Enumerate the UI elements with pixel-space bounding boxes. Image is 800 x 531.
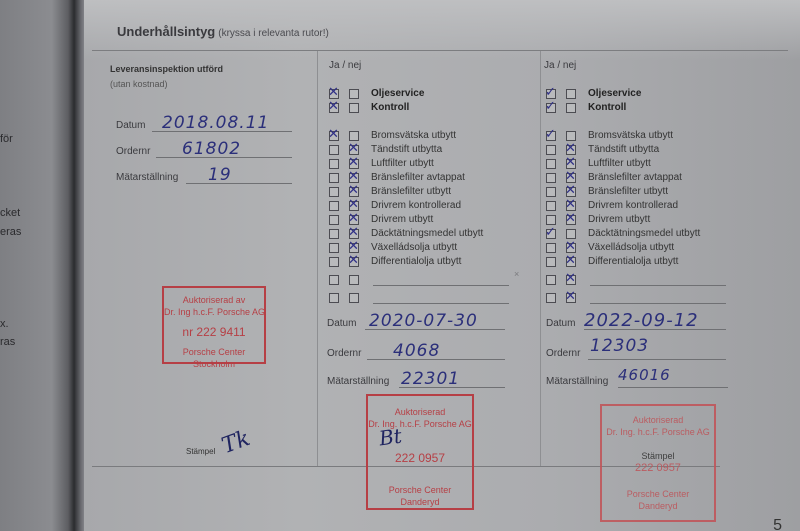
checklist-label: Bränslefilter avtappat [371,172,465,183]
checkbox-no[interactable] [566,229,576,239]
service1-date-field[interactable]: Datum 2020-07-30 [327,310,517,332]
checklist-label: Drivrem kontrollerad [371,200,461,211]
checklist-row: ✕Oljeservice [329,88,529,102]
page-subtitle: (kryssa i relevanta rutor!) [218,28,329,39]
checkbox-yes[interactable] [329,275,339,285]
checkbox-no[interactable] [349,275,359,285]
cross-mark-icon: ✕ [348,170,359,184]
checklist-row: ✕Drivrem utbytt [329,214,529,228]
cross-mark-icon: ✕ [328,128,339,142]
cross-mark-icon: ✕ [348,198,359,212]
checklist-row: ✓Bromsvätska utbytt [546,130,746,144]
checkbox-yes[interactable] [546,201,556,211]
checkbox-no[interactable]: ✕ [349,257,359,267]
service2-odometer-value: 46016 [618,366,671,384]
checkbox-yes[interactable]: ✓ [546,103,556,113]
checklist-row-blank: ✕ [546,292,746,306]
checklist-row: ✕Kontroll [329,102,529,116]
checkbox-yes[interactable]: ✓ [546,229,556,239]
service2-ordernr-field[interactable]: Ordernr 12303 [546,340,736,362]
page-title: Underhållsintyg(kryssa i relevanta rutor… [117,24,329,39]
cross-mark-icon: ✕ [348,184,359,198]
blank-entry-line[interactable] [590,285,726,286]
checkbox-no[interactable]: ✕ [566,145,576,155]
cross-mark-icon: ✕ [565,142,576,156]
checkbox-yes[interactable] [329,145,339,155]
divider [92,50,788,51]
checkbox-no[interactable]: ✕ [349,201,359,211]
checkbox-no[interactable] [349,89,359,99]
page-number: 5 [773,517,782,531]
checkbox-yes[interactable] [329,257,339,267]
checklist-row-blank [329,292,529,306]
cross-mark-icon: ✕ [565,156,576,170]
checklist-row: ✕Differentialolja utbytt [546,256,746,270]
checkbox-yes[interactable] [329,173,339,183]
prev-page-text: x. [0,318,9,330]
cross-mark-icon: ✕ [565,272,576,286]
signature: Bt [377,424,403,451]
checklist-row: ✕Bränslefilter utbytt [546,186,746,200]
checklist-row: ✕Bränslefilter avtappat [329,172,529,186]
checklist-row: ✕Drivrem kontrollerad [329,200,529,214]
checklist-label: Drivrem utbytt [371,214,433,225]
checkbox-yes[interactable]: ✕ [329,89,339,99]
checkbox-no[interactable]: ✕ [566,243,576,253]
checkbox-no[interactable] [349,103,359,113]
checklist-row: ✕Tändstift utbytta [546,144,746,158]
checkbox-no[interactable]: ✕ [566,293,576,303]
service1-date-value: 2020-07-30 [369,311,478,331]
checkbox-yes[interactable] [546,215,556,225]
checklist-label: Luftfilter utbytt [588,158,651,169]
checklist-label: Differentialolja utbytt [588,256,678,267]
signature: Tk [219,426,254,459]
blank-entry-line[interactable] [373,303,509,304]
check-mark-icon: ✓ [545,226,556,240]
checkbox-yes[interactable] [329,215,339,225]
service2-odometer-field[interactable]: Mätarställning 46016 [546,368,736,390]
checkbox-no[interactable] [349,293,359,303]
prev-page-text: eras [0,226,21,238]
checklist-row: ✕Växelládsolja utbytt [329,242,529,256]
checkbox-no[interactable]: ✕ [566,201,576,211]
checkbox-no[interactable]: ✕ [349,215,359,225]
checkbox-yes[interactable] [546,159,556,169]
checkbox-no[interactable] [566,103,576,113]
service1-ordernr-value: 4068 [393,341,440,361]
prev-page-text: för [0,133,13,145]
service2-date-value: 2022-09-12 [584,310,699,331]
column-divider [317,51,318,466]
checkbox-no[interactable]: ✕ [349,173,359,183]
dealer-stamp-danderyd: Auktoriserad Dr. Ing. h.c.F. Porsche AG … [366,394,474,510]
checklist-label: Bränslefilter avtappat [588,172,682,183]
checkbox-no[interactable] [566,131,576,141]
checklist-row: ✕Drivrem kontrollerad [546,200,746,214]
checklist-label: Bromsvätska utbytt [588,130,673,141]
delivery-odometer-field[interactable]: Mätarställning 19 [116,164,296,186]
checkbox-no[interactable]: ✕ [566,275,576,285]
yes-no-label: Ja / nej [544,60,576,71]
checkbox-yes[interactable] [329,159,339,169]
check-mark-icon: ✓ [545,100,556,114]
checkbox-no[interactable]: ✕ [566,215,576,225]
checkbox-no[interactable]: ✕ [349,159,359,169]
checkbox-yes[interactable] [329,229,339,239]
prev-page-text: ras [0,336,15,348]
checklist-label: Luftfilter utbytt [371,158,434,169]
cross-mark-icon: ✕ [565,290,576,304]
cross-mark-icon: ✕ [348,240,359,254]
checkbox-yes[interactable]: ✓ [546,131,556,141]
checklist-row: ✕Växelládsolja utbytt [546,242,746,256]
checklist-row: ✓Oljeservice [546,88,746,102]
checklist-label: Oljeservice [588,88,641,99]
checklist-row: ✕Luftfilter utbytt [329,158,529,172]
checkbox-no[interactable]: ✕ [349,145,359,155]
checkbox-yes[interactable] [329,187,339,197]
blank-entry-line[interactable] [590,303,726,304]
checkbox-yes[interactable] [329,293,339,303]
previous-page-edge: för cket eras x. ras [0,0,74,531]
checklist-label: Differentialolja utbytt [371,256,461,267]
checklist-row: ✓Kontroll [546,102,746,116]
checklist-row: ✕Luftfilter utbytt [546,158,746,172]
cross-mark-icon: ✕ [348,254,359,268]
cross-mark-icon: ✕ [328,100,339,114]
yes-no-label: Ja / nej [329,60,361,71]
checklist-label: Oljeservice [371,88,424,99]
checkbox-no[interactable] [566,89,576,99]
checklist-row-blank: ✕ [546,274,746,288]
checkbox-yes[interactable]: ✓ [546,89,556,99]
cross-mark-icon: ✕ [348,226,359,240]
column-divider [540,51,541,466]
checkbox-yes[interactable]: ✕ [329,131,339,141]
checkbox-yes[interactable]: ✕ [329,103,339,113]
checkbox-no[interactable]: ✕ [349,187,359,197]
checklist-row: ✕Tändstift utbytta [329,144,529,158]
dealer-stamp-stockholm: Auktoriserad av Dr. Ing h.c.F. Porsche A… [162,286,266,364]
cross-mark-icon: ✕ [565,240,576,254]
checkbox-yes[interactable] [546,293,556,303]
cross-mark-icon: ✕ [348,212,359,226]
checklist-label: Bränslefilter utbytt [371,186,451,197]
checkbox-no[interactable]: ✕ [566,159,576,169]
checkbox-no[interactable]: ✕ [349,229,359,239]
checklist-label: Växelládsolja utbytt [371,242,457,253]
checkbox-yes[interactable] [329,201,339,211]
service1-odometer-field[interactable]: Mätarställning 22301 [327,368,517,390]
delivery-date-value: 2018.08.11 [162,113,269,133]
cross-mark-icon: ✕ [565,212,576,226]
checklist-label: Däcktätningsmedel utbytt [588,228,700,239]
checklist-label: Tändstift utbytta [588,144,659,155]
cross-mark-icon: ✕ [565,254,576,268]
checklist-label: Kontroll [371,102,409,113]
blank-entry-line[interactable] [373,285,509,286]
service2-date-field[interactable]: Datum 2022-09-12 [546,310,736,332]
checkbox-no[interactable]: ✕ [349,243,359,253]
service1-ordernr-field[interactable]: Ordernr 4068 [327,340,517,362]
service1-odometer-value: 22301 [401,369,460,389]
checklist-label: Däcktätningsmedel utbytt [371,228,483,239]
cross-mark-icon: ✕ [328,86,339,100]
delivery-subheading: (utan kostnad) [110,79,168,89]
delivery-ordernr-value: 61802 [182,139,241,159]
checklist-row: ✕Bromsvätska utbytt [329,130,529,144]
checkbox-yes[interactable] [546,173,556,183]
checklist-label: Drivrem utbytt [588,214,650,225]
checklist-row: ✕Bränslefilter utbytt [329,186,529,200]
checklist-row: ✕Differentialolja utbytt [329,256,529,270]
checkbox-no[interactable] [349,131,359,141]
checkbox-no[interactable]: ✕ [566,173,576,183]
cross-mark-icon: ✕ [348,142,359,156]
checklist-label: Kontroll [588,102,626,113]
check-mark-icon: ✓ [545,86,556,100]
stamp-label: Stämpel [186,447,215,456]
delivery-odometer-value: 19 [208,165,232,185]
cross-mark-icon: ✕ [348,156,359,170]
checkbox-yes[interactable] [546,145,556,155]
checklist-label: Bromsvätska utbytt [371,130,456,141]
maintenance-certificate-page: Underhållsintyg(kryssa i relevanta rutor… [84,0,800,531]
cross-mark-icon: ✕ [565,184,576,198]
checkbox-yes[interactable] [546,187,556,197]
checkbox-no[interactable]: ✕ [566,257,576,267]
checkbox-no[interactable]: ✕ [566,187,576,197]
checklist-row: ✓Däcktätningsmedel utbytt [546,228,746,242]
checkbox-yes[interactable] [546,243,556,253]
cross-mark-icon: ✕ [565,198,576,212]
checklist-label: Växelládsolja utbytt [588,242,674,253]
checklist-row: ✕Bränslefilter avtappat [546,172,746,186]
checklist-label: Tändstift utbytta [371,144,442,155]
cross-mark-icon: ✕ [565,170,576,184]
delivery-heading: Leveransinspektion utförd [110,64,223,74]
checklist-row: ✕Däcktätningsmedel utbytt [329,228,529,242]
delivery-ordernr-field[interactable]: Ordernr 61802 [116,138,296,160]
checklist-row: ✕Drivrem utbytt [546,214,746,228]
checkbox-yes[interactable] [329,243,339,253]
checkbox-yes[interactable] [546,257,556,267]
delivery-date-field[interactable]: Datum 2018.08.11 [116,112,296,134]
check-mark-icon: ✓ [545,128,556,142]
checklist-row-blank [329,274,529,288]
checklist-label: Drivrem kontrollerad [588,200,678,211]
dealer-stamp-danderyd: Auktoriserad Dr. Ing. h.c.F. Porsche AG … [600,404,716,522]
service2-ordernr-value: 12303 [590,336,649,356]
prev-page-text: cket [0,207,20,219]
checkbox-yes[interactable] [546,275,556,285]
checklist-label: Bränslefilter utbytt [588,186,668,197]
